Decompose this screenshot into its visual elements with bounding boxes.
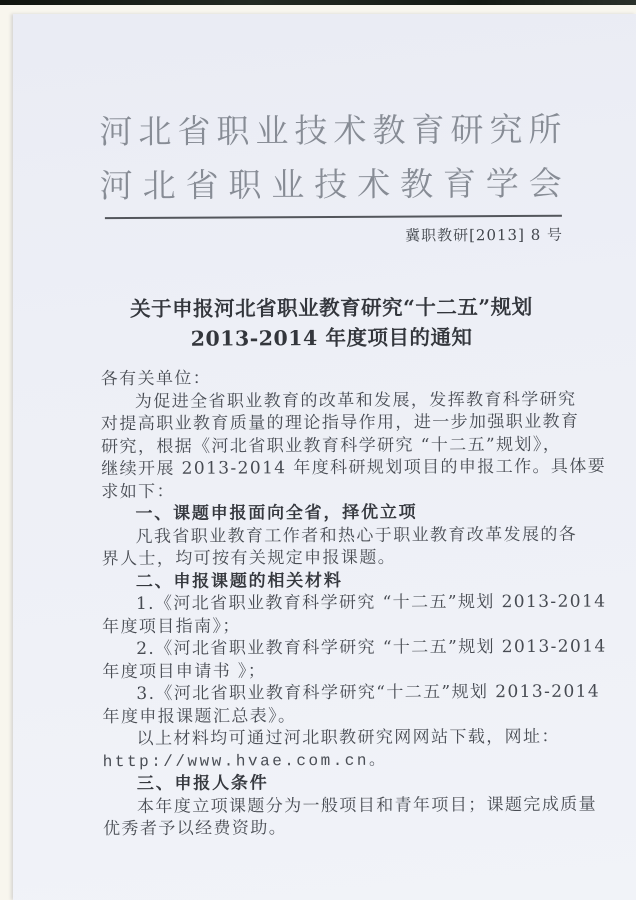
scanned-notice-page: { "page": { "paper_color": "#edeff6", "b…	[0, 0, 636, 900]
body-line: 年度项目指南》；	[102, 613, 572, 638]
body-line: 2.《河北省职业教育科学研究 “十二五”规划 2013-2014	[102, 636, 572, 661]
body-line: 3.《河北省职业教育科学研究“十二五”规划 2013-2014	[102, 681, 572, 706]
body-line: http://www.hvae.com.cn。	[103, 748, 573, 773]
body-line: 凡我省职业教育工作者和热心于职业教育改革发展的各	[102, 523, 572, 548]
letterhead-line-1: 河北省职业技术教育研究所	[99, 103, 561, 159]
body-line: 一、课题申报面向全省，择优立项	[101, 501, 571, 526]
paper: 河北省职业技术教育研究所 河北省职业技术教育学会 冀职教研[2013] 8 号 …	[13, 14, 636, 900]
document-body: 各有关单位：为促进全省职业教育的改革和发展，发挥教育科学研究对提高职业教育质量的…	[101, 366, 573, 841]
doc-number: 冀职教研[2013] 8 号	[100, 225, 563, 247]
body-line: 本年度立项课题分为一般项目和青年项目；课题完成质量	[103, 793, 573, 818]
body-line: 三、申报人条件	[103, 771, 573, 796]
letterhead: 河北省职业技术教育研究所 河北省职业技术教育学会	[99, 103, 562, 213]
body-line: 各有关单位：	[101, 366, 571, 391]
letterhead-line-2: 河北省职业技术教育学会	[100, 157, 562, 213]
body-line: 为促进全省职业教育的改革和发展，发挥教育科学研究	[101, 388, 571, 413]
body-line: 优秀者予以经费资助。	[103, 816, 573, 841]
body-line: 年度项目申请书 》；	[102, 658, 572, 683]
document-content: 河北省职业技术教育研究所 河北省职业技术教育学会 冀职教研[2013] 8 号 …	[12, 12, 636, 841]
body-line: 求如下：	[101, 478, 571, 503]
body-line: 界人士，均可按有关规定申报课题。	[102, 546, 572, 571]
body-line: 二、申报课题的相关材料	[102, 568, 572, 593]
body-line: 年度申报课题汇总表》。	[102, 703, 572, 728]
body-line: 对提高职业教育质量的理论指导作用，进一步加强职业教育	[101, 411, 571, 436]
body-line: 研究，根据《河北省职业教育科学研究 “十二五”规划》，	[101, 433, 571, 458]
scanner-edge-top	[0, 0, 636, 5]
letterhead-rule	[105, 215, 562, 219]
notice-title: 关于申报河北省职业教育研究“十二五”规划 2013-2014 年度项目的通知	[100, 292, 562, 354]
body-line: 以上材料均可通过河北职教研究网网站下载，网址：	[103, 726, 573, 751]
body-line: 1.《河北省职业教育科学研究 “十二五”规划 2013-2014	[102, 591, 572, 616]
body-line: 继续开展 2013-2014 年度科研规划项目的申报工作。具体要	[101, 456, 571, 481]
notice-title-line-1: 关于申报河北省职业教育研究“十二五”规划	[100, 292, 562, 324]
notice-title-line-2: 2013-2014 年度项目的通知	[100, 322, 562, 354]
